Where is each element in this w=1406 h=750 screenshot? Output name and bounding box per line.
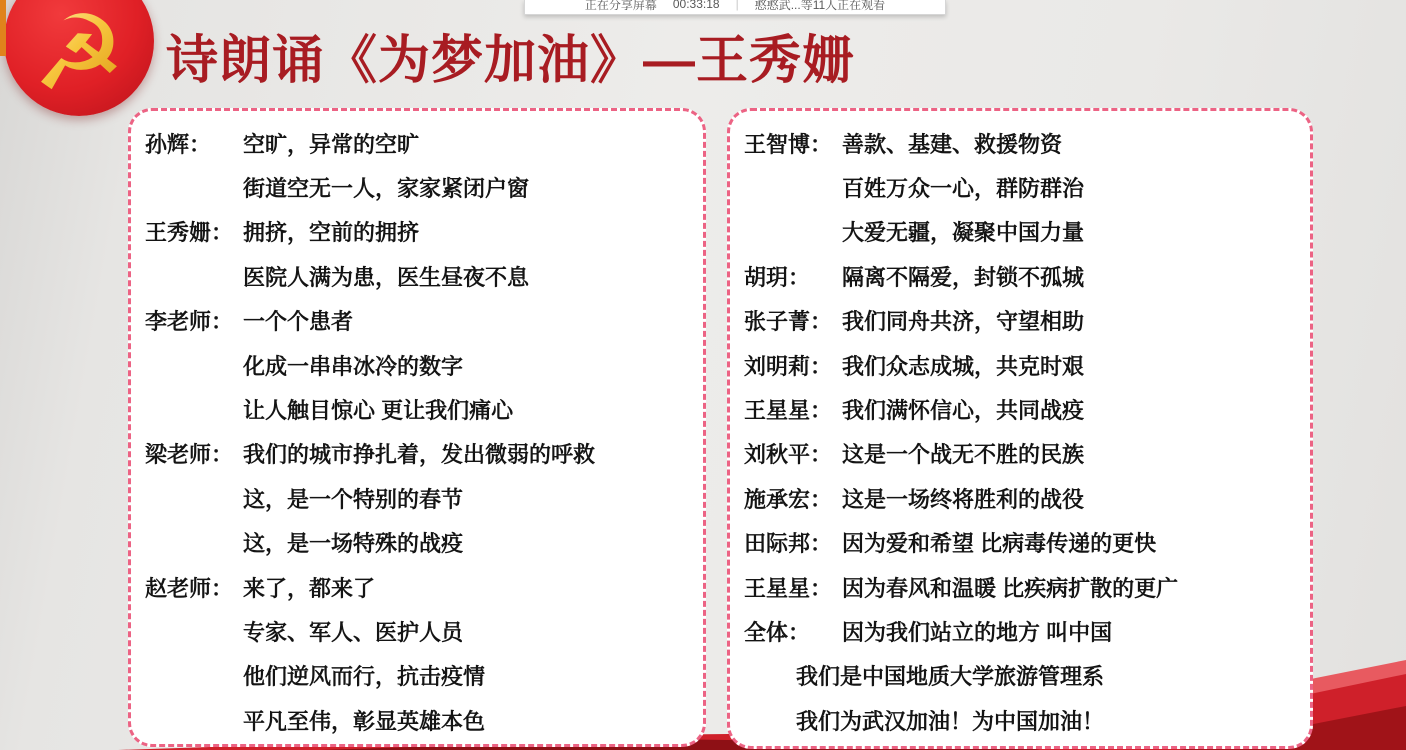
- poem-line: 这，是一场特殊的战疫: [145, 521, 703, 565]
- poem-line: 他们逆风而行，抗击疫情: [145, 654, 703, 698]
- poem-text: 街道空无一人，家家紧闭户窗: [243, 172, 529, 203]
- speaker-name: 胡玥：: [744, 261, 842, 292]
- speaker-name: 刘明莉：: [744, 350, 842, 381]
- poem-text: 我们众志成城，共克时艰: [842, 350, 1084, 381]
- sharing-status-label: 正在分享屏幕: [585, 0, 657, 13]
- poem-text: 我们为武汉加油！为中国加油！: [796, 705, 1104, 736]
- poem-line: 全体：因为我们站立的地方 叫中国: [744, 609, 1310, 653]
- poem-text: 这是一场终将胜利的战役: [842, 483, 1084, 514]
- poem-text: 空旷，异常的空旷: [243, 128, 419, 159]
- poem-line: 施承宏：这是一场终将胜利的战役: [744, 476, 1310, 520]
- corner-orange-strip: [0, 0, 6, 56]
- sharing-timer: 00:33:18: [673, 0, 720, 11]
- poem-text: 医院人满为患，医生昼夜不息: [243, 261, 529, 292]
- poem-text: 大爱无疆，凝聚中国力量: [842, 216, 1084, 247]
- poem-line: 这，是一个特别的春节: [145, 476, 703, 520]
- poem-text: 因为春风和温暖 比疾病扩散的更广: [842, 572, 1178, 603]
- poem-panel-left: 孙辉：空旷，异常的空旷街道空无一人，家家紧闭户窗王秀姗：拥挤，空前的拥挤医院人满…: [128, 108, 706, 747]
- slide-title: 诗朗诵《为梦加油》—王秀姗: [166, 18, 855, 93]
- poem-line: 王秀姗：拥挤，空前的拥挤: [145, 210, 703, 254]
- poem-text: 我们满怀信心，共同战疫: [842, 394, 1084, 425]
- speaker-name: 施承宏：: [744, 483, 842, 514]
- poem-text: 这，是一个特别的春节: [243, 483, 463, 514]
- speaker-name: 刘秋平：: [744, 438, 842, 469]
- poem-line: 刘秋平：这是一个战无不胜的民族: [744, 432, 1310, 476]
- poem-line: 张子菁：我们同舟共济，守望相助: [744, 299, 1310, 343]
- poem-text: 让人触目惊心 更让我们痛心: [243, 394, 513, 425]
- poem-text: 他们逆风而行，抗击疫情: [243, 660, 485, 691]
- poem-text: 百姓万众一心，群防群治: [842, 172, 1084, 203]
- speaker-name: 孙辉：: [145, 128, 243, 159]
- poem-text: 一个个患者: [243, 305, 353, 336]
- screen-share-toolbar[interactable]: 正在分享屏幕 00:33:18 | 憨憨武...等11人正在观看: [524, 0, 946, 15]
- toolbar-divider: |: [736, 0, 739, 11]
- poem-text: 隔离不隔爱，封锁不孤城: [842, 261, 1084, 292]
- poem-line: 赵老师：来了，都来了: [145, 565, 703, 609]
- poem-text: 善款、基建、救援物资: [842, 128, 1062, 159]
- poem-line: 梁老师：我们的城市挣扎着，发出微弱的呼救: [145, 432, 703, 476]
- poem-line: 平凡至伟，彰显英雄本色: [145, 698, 703, 742]
- poem-text: 因为爱和希望 比病毒传递的更快: [842, 527, 1156, 558]
- speaker-name: 梁老师：: [145, 438, 243, 469]
- poem-text: 我们是中国地质大学旅游管理系: [796, 660, 1104, 691]
- screen-share-toolbar-content: 正在分享屏幕 00:33:18 | 憨憨武...等11人正在观看: [525, 0, 945, 15]
- poem-text: 来了，都来了: [243, 572, 375, 603]
- poem-line: 李老师：一个个患者: [145, 299, 703, 343]
- poem-line: 医院人满为患，医生昼夜不息: [145, 254, 703, 298]
- poem-line: 田际邦：因为爱和希望 比病毒传递的更快: [744, 521, 1310, 565]
- speaker-name: 赵老师：: [145, 572, 243, 603]
- poem-line: 王星星：我们满怀信心，共同战疫: [744, 387, 1310, 431]
- poem-text: 这是一个战无不胜的民族: [842, 438, 1084, 469]
- poem-line: 王智博：善款、基建、救援物资: [744, 121, 1310, 165]
- speaker-name: 全体：: [744, 616, 842, 647]
- poem-text: 这，是一场特殊的战疫: [243, 527, 463, 558]
- poem-text: 化成一串串冰冷的数字: [243, 350, 463, 381]
- poem-text: 因为我们站立的地方 叫中国: [842, 616, 1112, 647]
- poem-text: 我们同舟共济，守望相助: [842, 305, 1084, 336]
- poem-line: 我们为武汉加油！为中国加油！: [744, 698, 1310, 742]
- viewers-label: 憨憨武...等11人正在观看: [755, 0, 885, 13]
- poem-line: 专家、军人、医护人员: [145, 609, 703, 653]
- poem-panel-right: 王智博：善款、基建、救援物资百姓万众一心，群防群治大爱无疆，凝聚中国力量胡玥：隔…: [727, 108, 1313, 749]
- poem-line: 让人触目惊心 更让我们痛心: [145, 387, 703, 431]
- poem-line: 化成一串串冰冷的数字: [145, 343, 703, 387]
- poem-line: 街道空无一人，家家紧闭户窗: [145, 165, 703, 209]
- poem-text: 拥挤，空前的拥挤: [243, 216, 419, 247]
- poem-line: 孙辉：空旷，异常的空旷: [145, 121, 703, 165]
- poem-text: 平凡至伟，彰显英雄本色: [243, 705, 485, 736]
- poem-line: 我们是中国地质大学旅游管理系: [744, 654, 1310, 698]
- poem-line: 大爱无疆，凝聚中国力量: [744, 210, 1310, 254]
- speaker-name: 田际邦：: [744, 527, 842, 558]
- speaker-name: 张子菁：: [744, 305, 842, 336]
- poem-text: 专家、军人、医护人员: [243, 616, 463, 647]
- speaker-name: 王星星：: [744, 394, 842, 425]
- poem-line: 刘明莉：我们众志成城，共克时艰: [744, 343, 1310, 387]
- poem-line: 胡玥：隔离不隔爱，封锁不孤城: [744, 254, 1310, 298]
- poem-text: 我们的城市挣扎着，发出微弱的呼救: [243, 438, 595, 469]
- speaker-name: 李老师：: [145, 305, 243, 336]
- speaker-name: 王星星：: [744, 572, 842, 603]
- poem-line: 王星星：因为春风和温暖 比疾病扩散的更广: [744, 565, 1310, 609]
- speaker-name: 王秀姗：: [145, 216, 243, 247]
- poem-line: 百姓万众一心，群防群治: [744, 165, 1310, 209]
- hammer-sickle-icon: ☭: [32, 2, 125, 106]
- speaker-name: 王智博：: [744, 128, 842, 159]
